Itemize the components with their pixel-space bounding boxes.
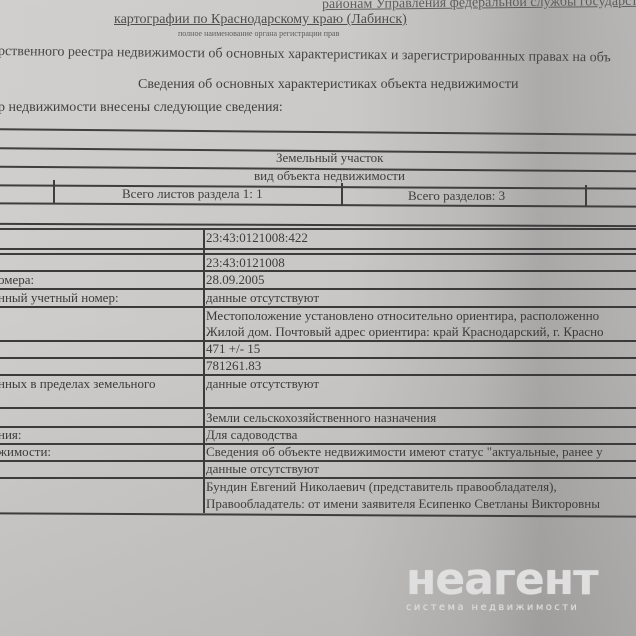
- watermark-logo: неагент система недвижимости: [406, 560, 598, 613]
- cadastral-value: 781261.83: [206, 358, 261, 374]
- object-type-value: Земельный участок: [276, 150, 384, 166]
- registry-authority-line2: картографии по Краснодарскому краю (Лаби…: [114, 12, 407, 28]
- watermark-tagline: система недвижимости: [406, 602, 598, 613]
- intro-text: р недвижимости внесены следующие сведени…: [0, 100, 283, 116]
- object-type-caption: вид объекта недвижимости: [254, 168, 405, 184]
- cadastral-block: 23:43:0121008: [206, 255, 285, 271]
- location-line2: Жилой дом. Почтовый адрес ориентира: кра…: [206, 324, 604, 340]
- extract-title: рственного реестра недвижимости об основ…: [0, 44, 611, 66]
- sections-count: Всего разделов: 3: [408, 188, 505, 204]
- recipient-line2: Правообладатель: от имени заявителя Есип…: [206, 496, 600, 512]
- permitted-use: Для садоводства: [206, 427, 297, 443]
- assignment-date: 28.09.2005: [206, 272, 265, 288]
- area-value: 471 +/- 15: [206, 341, 260, 357]
- recipient-line1: Бундин Евгений Николаевич (представитель…: [206, 479, 557, 495]
- cadastral-number: 23:43:0121008:422: [206, 230, 308, 246]
- row-label: ния:: [0, 427, 22, 443]
- row-label-continued: :: [0, 392, 1, 402]
- special-notes: данные отсутствуют: [206, 461, 319, 477]
- row-label: нный учетный номер:: [0, 290, 119, 306]
- previous-number: данные отсутствуют: [206, 290, 319, 306]
- land-category: Земли сельскохозяйственного назначения: [206, 410, 436, 426]
- watermark-brand: неагент: [406, 560, 598, 600]
- section-title: Сведения об основных характеристиках объ…: [138, 77, 518, 93]
- record-status: Сведения об объекте недвижимости имеют с…: [206, 444, 603, 460]
- sheets-count: Всего листов раздела 1: 1: [122, 186, 263, 202]
- row-label: омера:: [0, 272, 34, 288]
- row-label: нных в пределах земельного: [0, 376, 156, 392]
- objects-within-plot: данные отсутствуют: [206, 376, 319, 392]
- row-label: жимости:: [0, 444, 51, 460]
- location-line1: Местоположение установлено относительно …: [206, 308, 599, 324]
- registry-authority-caption: полное наименование органа регистрации п…: [178, 29, 339, 38]
